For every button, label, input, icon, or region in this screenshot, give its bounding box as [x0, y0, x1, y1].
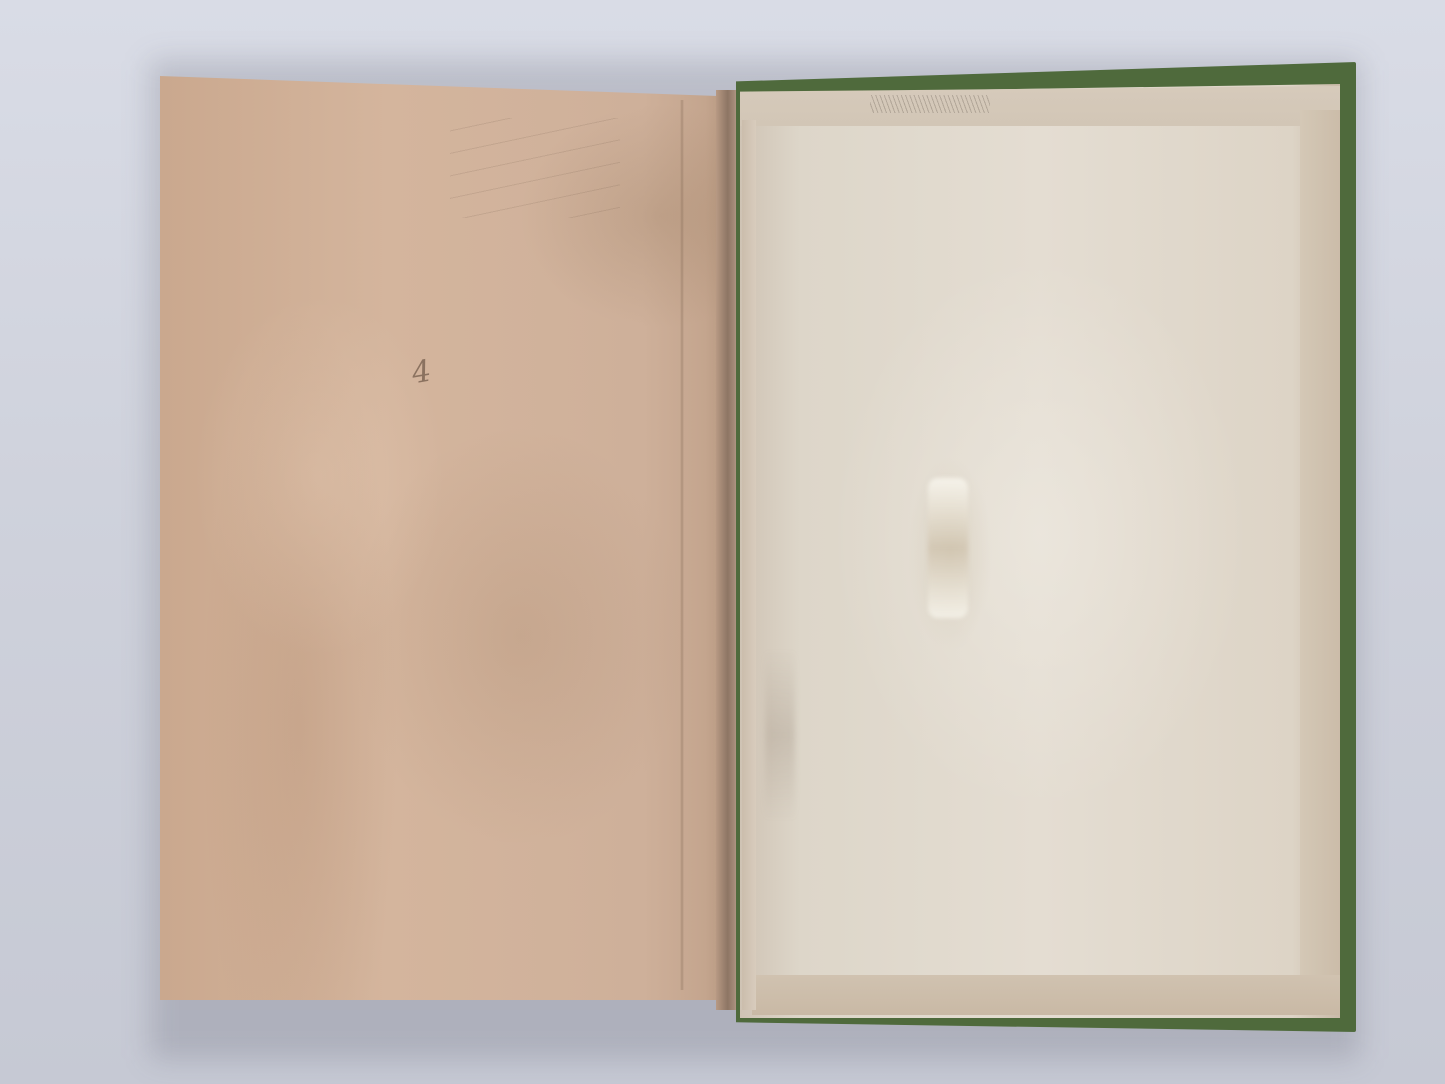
offset-writing [870, 95, 990, 113]
right-pastedown [740, 84, 1340, 1018]
left-page-fold-line [680, 100, 684, 990]
tape-stain [928, 478, 968, 618]
hinge-turn-in [742, 120, 756, 1010]
book-photo: 4 Open antique hardcover book showing fr… [0, 0, 1445, 1084]
top-turn-in [740, 86, 1340, 126]
offset-marks [765, 650, 795, 820]
bottom-turn-in [752, 975, 1340, 1015]
right-turn-in [1300, 110, 1340, 1015]
faint-pencil-notes [450, 118, 620, 218]
left-endpaper [160, 76, 728, 1000]
